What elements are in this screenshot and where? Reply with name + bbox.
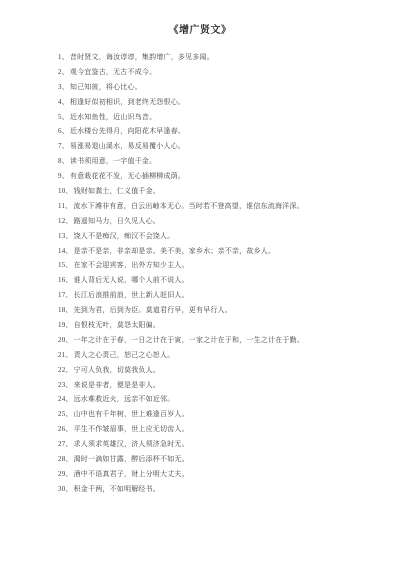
line-text: 路遥知马力，日久见人心。 bbox=[74, 217, 160, 225]
line-text: 在家不会迎宾客，出外方知少主人。 bbox=[74, 261, 189, 269]
line-number: 5、 bbox=[58, 113, 69, 121]
proverb-line: 9、有意栽花花不发，无心插柳柳成荫。 bbox=[58, 169, 370, 184]
line-number: 28、 bbox=[58, 455, 73, 463]
line-text: 远水难救近火，远亲不如近邻。 bbox=[74, 395, 175, 403]
proverb-line: 20、一年之计在于春，一日之计在于寅，一家之计在于和，一生之计在于勤。 bbox=[58, 333, 370, 348]
line-text: 责人之心责己，恕己之心恕人。 bbox=[74, 351, 175, 359]
line-number: 29、 bbox=[58, 470, 73, 478]
proverb-line: 18、先到为君，后到为臣。莫道君行早，更有早行人。 bbox=[58, 303, 370, 318]
line-number: 24、 bbox=[58, 395, 73, 403]
line-number: 9、 bbox=[58, 172, 69, 180]
line-number: 4、 bbox=[58, 98, 69, 106]
proverb-line: 27、求人须求英雄汉，济人须济急时无。 bbox=[58, 437, 370, 452]
line-number: 1、 bbox=[58, 53, 69, 61]
line-number: 19、 bbox=[58, 321, 73, 329]
line-number: 15、 bbox=[58, 261, 73, 269]
line-text: 观今宜鉴古，无古不成今。 bbox=[70, 68, 156, 76]
line-text: 饶人不是痴汉，痴汉不会饶人。 bbox=[74, 232, 175, 240]
line-text: 自恨枝无叶，莫怨太阳偏。 bbox=[74, 321, 160, 329]
line-text: 先到为君，后到为臣。莫道君行早，更有早行人。 bbox=[74, 306, 232, 314]
proverb-line: 26、平生不作皱眉事，世上应无切齿人。 bbox=[58, 422, 370, 437]
proverb-line: 10、钱财如粪土，仁义值千金。 bbox=[58, 184, 370, 199]
line-number: 12、 bbox=[58, 217, 73, 225]
line-number: 11、 bbox=[58, 202, 72, 210]
proverb-line: 15、在家不会迎宾客，出外方知少主人。 bbox=[58, 258, 370, 273]
line-number: 7、 bbox=[58, 142, 69, 150]
document-page: 《增广贤文》 1、昔时贤文，诲汝谆谆，集韵增广，多见多闻。2、观今宜鉴古，无古不… bbox=[0, 0, 400, 566]
line-text: 渴时一滴如甘露，醉后添杯不如无。 bbox=[74, 455, 189, 463]
proverb-line: 28、渴时一滴如甘露，醉后添杯不如无。 bbox=[58, 452, 370, 467]
proverb-line: 24、远水难救近火，远亲不如近邻。 bbox=[58, 392, 370, 407]
line-number: 26、 bbox=[58, 425, 73, 433]
line-number: 20、 bbox=[58, 336, 73, 344]
line-text: 近水楼台先得月，向阳花木早逢春。 bbox=[70, 127, 185, 135]
line-text: 知己知彼，将心比心。 bbox=[70, 83, 142, 91]
proverb-line: 12、路遥知马力，日久见人心。 bbox=[58, 214, 370, 229]
line-text: 近水知鱼性，近山识鸟音。 bbox=[70, 113, 156, 121]
line-number: 14、 bbox=[58, 247, 73, 255]
proverb-line: 25、山中也有千年树，世上难逢百岁人。 bbox=[58, 407, 370, 422]
line-text: 谁人背后无人说，哪个人前不说人。 bbox=[74, 276, 189, 284]
proverb-line: 21、责人之心责己，恕己之心恕人。 bbox=[58, 348, 370, 363]
line-number: 16、 bbox=[58, 276, 73, 284]
line-text: 相逢好似初相识，到老终无怨恨心。 bbox=[70, 98, 185, 106]
proverb-line: 11、流水下滩非有意，白云出岫本无心。当时若不登高望，谁信东流海洋深。 bbox=[58, 199, 370, 214]
line-text: 流水下滩非有意，白云出岫本无心。当时若不登高望，谁信东流海洋深。 bbox=[73, 202, 303, 210]
proverb-line: 3、知己知彼，将心比心。 bbox=[58, 80, 370, 95]
proverb-line: 17、长江后浪推前浪，世上新人赶旧人。 bbox=[58, 288, 370, 303]
line-number: 27、 bbox=[58, 440, 73, 448]
line-text: 酒中不语真君子，财上分明大丈夫。 bbox=[74, 470, 189, 478]
proverb-line: 1、昔时贤文，诲汝谆谆，集韵增广，多见多闻。 bbox=[58, 50, 370, 65]
line-text: 积金千两，不如明解经书。 bbox=[74, 485, 160, 493]
proverb-line: 22、宁可人负我，切莫我负人。 bbox=[58, 363, 370, 378]
proverb-line: 5、近水知鱼性，近山识鸟音。 bbox=[58, 110, 370, 125]
proverb-line: 29、酒中不语真君子，财上分明大丈夫。 bbox=[58, 467, 370, 482]
line-text: 易涨易退山溪水，易反易覆小人心。 bbox=[70, 142, 185, 150]
proverb-line: 13、饶人不是痴汉，痴汉不会饶人。 bbox=[58, 229, 370, 244]
line-number: 2、 bbox=[58, 68, 69, 76]
line-number: 22、 bbox=[58, 366, 73, 374]
line-text: 求人须求英雄汉，济人须济急时无。 bbox=[74, 440, 189, 448]
proverb-line: 7、易涨易退山溪水，易反易覆小人心。 bbox=[58, 139, 370, 154]
document-title: 《增广贤文》 bbox=[0, 0, 400, 37]
line-number: 10、 bbox=[58, 187, 73, 195]
proverb-line: 8、读书须用意，一字值千金。 bbox=[58, 154, 370, 169]
proverb-line: 19、自恨枝无叶，莫怨太阳偏。 bbox=[58, 318, 370, 333]
proverb-line: 14、是亲不是亲，非亲却是亲。美不美，家乡水；亲不亲，故乡人。 bbox=[58, 244, 370, 259]
line-text: 昔时贤文，诲汝谆谆，集韵增广，多见多闻。 bbox=[70, 53, 214, 61]
proverb-line: 16、谁人背后无人说，哪个人前不说人。 bbox=[58, 273, 370, 288]
line-number: 30、 bbox=[58, 485, 73, 493]
line-text: 读书须用意，一字值千金。 bbox=[70, 157, 156, 165]
line-number: 23、 bbox=[58, 381, 73, 389]
line-text: 是亲不是亲，非亲却是亲。美不美，家乡水；亲不亲，故乡人。 bbox=[74, 247, 276, 255]
line-number: 3、 bbox=[58, 83, 69, 91]
line-number: 21、 bbox=[58, 351, 73, 359]
line-text: 山中也有千年树，世上难逢百岁人。 bbox=[74, 410, 189, 418]
line-text: 长江后浪推前浪，世上新人赶旧人。 bbox=[74, 291, 189, 299]
proverb-line: 4、相逢好似初相识，到老终无怨恨心。 bbox=[58, 95, 370, 110]
line-number: 8、 bbox=[58, 157, 69, 165]
proverb-line: 23、来说是非者，便是是非人。 bbox=[58, 378, 370, 393]
proverb-list: 1、昔时贤文，诲汝谆谆，集韵增广，多见多闻。2、观今宜鉴古，无古不成今。3、知己… bbox=[0, 37, 400, 497]
line-number: 18、 bbox=[58, 306, 73, 314]
proverb-line: 6、近水楼台先得月，向阳花木早逢春。 bbox=[58, 124, 370, 139]
line-number: 13、 bbox=[58, 232, 73, 240]
line-text: 一年之计在于春，一日之计在于寅，一家之计在于和，一生之计在于勤。 bbox=[74, 336, 304, 344]
line-number: 25、 bbox=[58, 410, 73, 418]
line-text: 有意栽花花不发，无心插柳柳成荫。 bbox=[70, 172, 185, 180]
line-text: 来说是非者，便是是非人。 bbox=[74, 381, 160, 389]
proverb-line: 30、积金千两，不如明解经书。 bbox=[58, 482, 370, 497]
line-text: 钱财如粪土，仁义值千金。 bbox=[74, 187, 160, 195]
line-text: 宁可人负我，切莫我负人。 bbox=[74, 366, 160, 374]
line-number: 17、 bbox=[58, 291, 73, 299]
line-number: 6、 bbox=[58, 127, 69, 135]
line-text: 平生不作皱眉事，世上应无切齿人。 bbox=[74, 425, 189, 433]
proverb-line: 2、观今宜鉴古，无古不成今。 bbox=[58, 65, 370, 80]
